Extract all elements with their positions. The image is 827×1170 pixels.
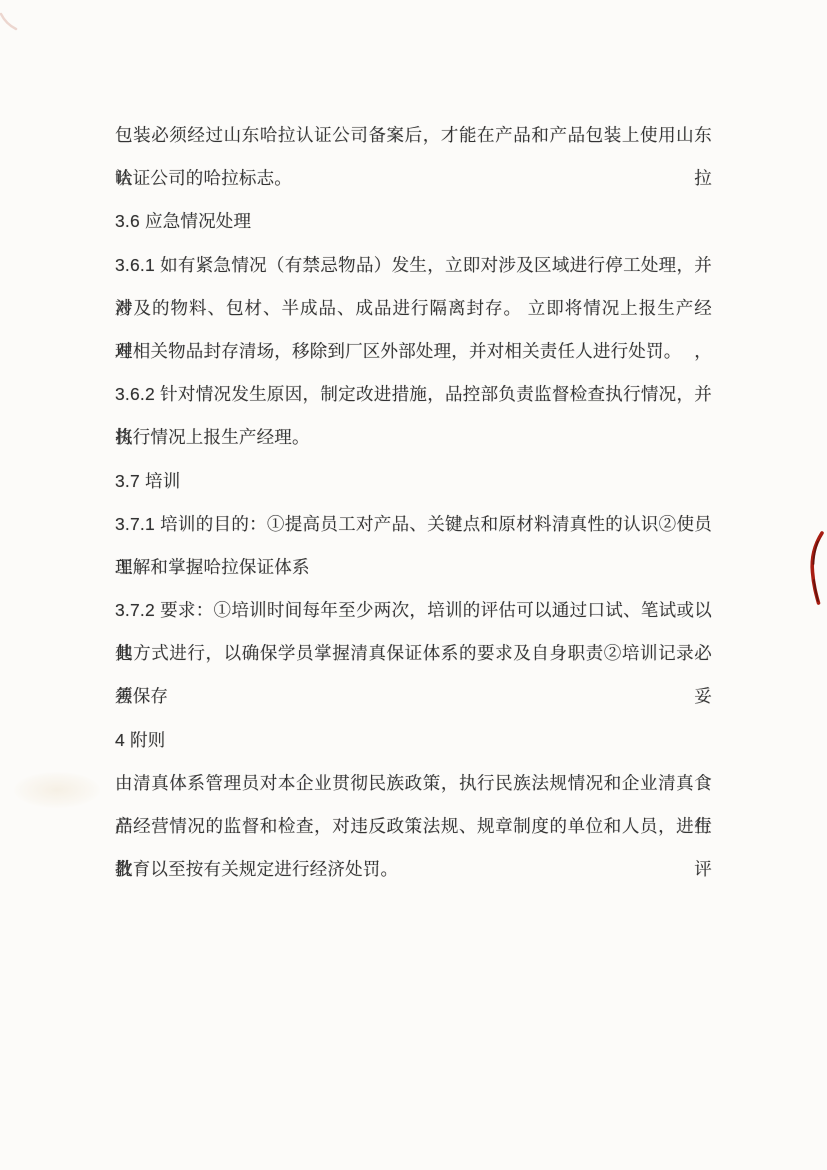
scan-corner-smudge (0, 8, 40, 48)
text-line: 涉及的物料、包材、半成品、成品进行隔离封存。 立即将情况上报生产经理， (115, 287, 712, 330)
text-line: 由清真体系管理员对本企业贯彻民族政策，执行民族法规情况和企业清真食品生 (115, 762, 712, 805)
red-ink-stroke (812, 533, 822, 603)
scanned-document-page: 包装必须经过山东哈拉认证公司备案后，才能在产品和产品包装上使用山东哈拉认证公司的… (0, 0, 827, 1170)
corner-smudge-stroke (1, 14, 16, 29)
text-line: 理解和掌握哈拉保证体系 (115, 546, 712, 589)
text-line: 产经营情况的监督和检查，对违反政策法规、规章制度的单位和人员，进行批评 (115, 805, 712, 848)
red-ink-hook (818, 533, 823, 540)
text-line: 3.7.2 要求：①培训时间每年至少两次，培训的评估可以通过口试、笔试或以其 (115, 589, 712, 632)
document-text-block: 包装必须经过山东哈拉认证公司备案后，才能在产品和产品包装上使用山东哈拉认证公司的… (115, 114, 712, 891)
text-line: 3.6.1 如有紧急情况（有禁忌物品）发生，立即对涉及区域进行停工处理，并对 (115, 244, 712, 287)
text-line: 执行情况上报生产经理。 (115, 416, 712, 459)
scan-beige-smudge (14, 772, 100, 808)
text-line: 包装必须经过山东哈拉认证公司备案后，才能在产品和产品包装上使用山东哈拉 (115, 114, 712, 157)
text-line: 3.6.2 针对情况发生原因，制定改进措施，品控部负责监督检查执行情况，并将 (115, 373, 712, 416)
red-ink-mark (805, 528, 827, 608)
text-line: 3.7 培训 (115, 460, 712, 503)
text-line: 4 附则 (115, 719, 712, 762)
red-ink-stroke-dark (814, 534, 822, 601)
text-line: 他方式进行，以确保学员掌握清真保证体系的要求及自身职责②培训记录必须妥 (115, 632, 712, 675)
text-line: 3.7.1 培训的目的：①提高员工对产品、关键点和原材料清真性的认识②使员工 (115, 503, 712, 546)
text-line: 3.6 应急情况处理 (115, 200, 712, 243)
text-line: 对相关物品封存清场，移除到厂区外部处理，并对相关责任人进行处罚。 (115, 330, 712, 373)
